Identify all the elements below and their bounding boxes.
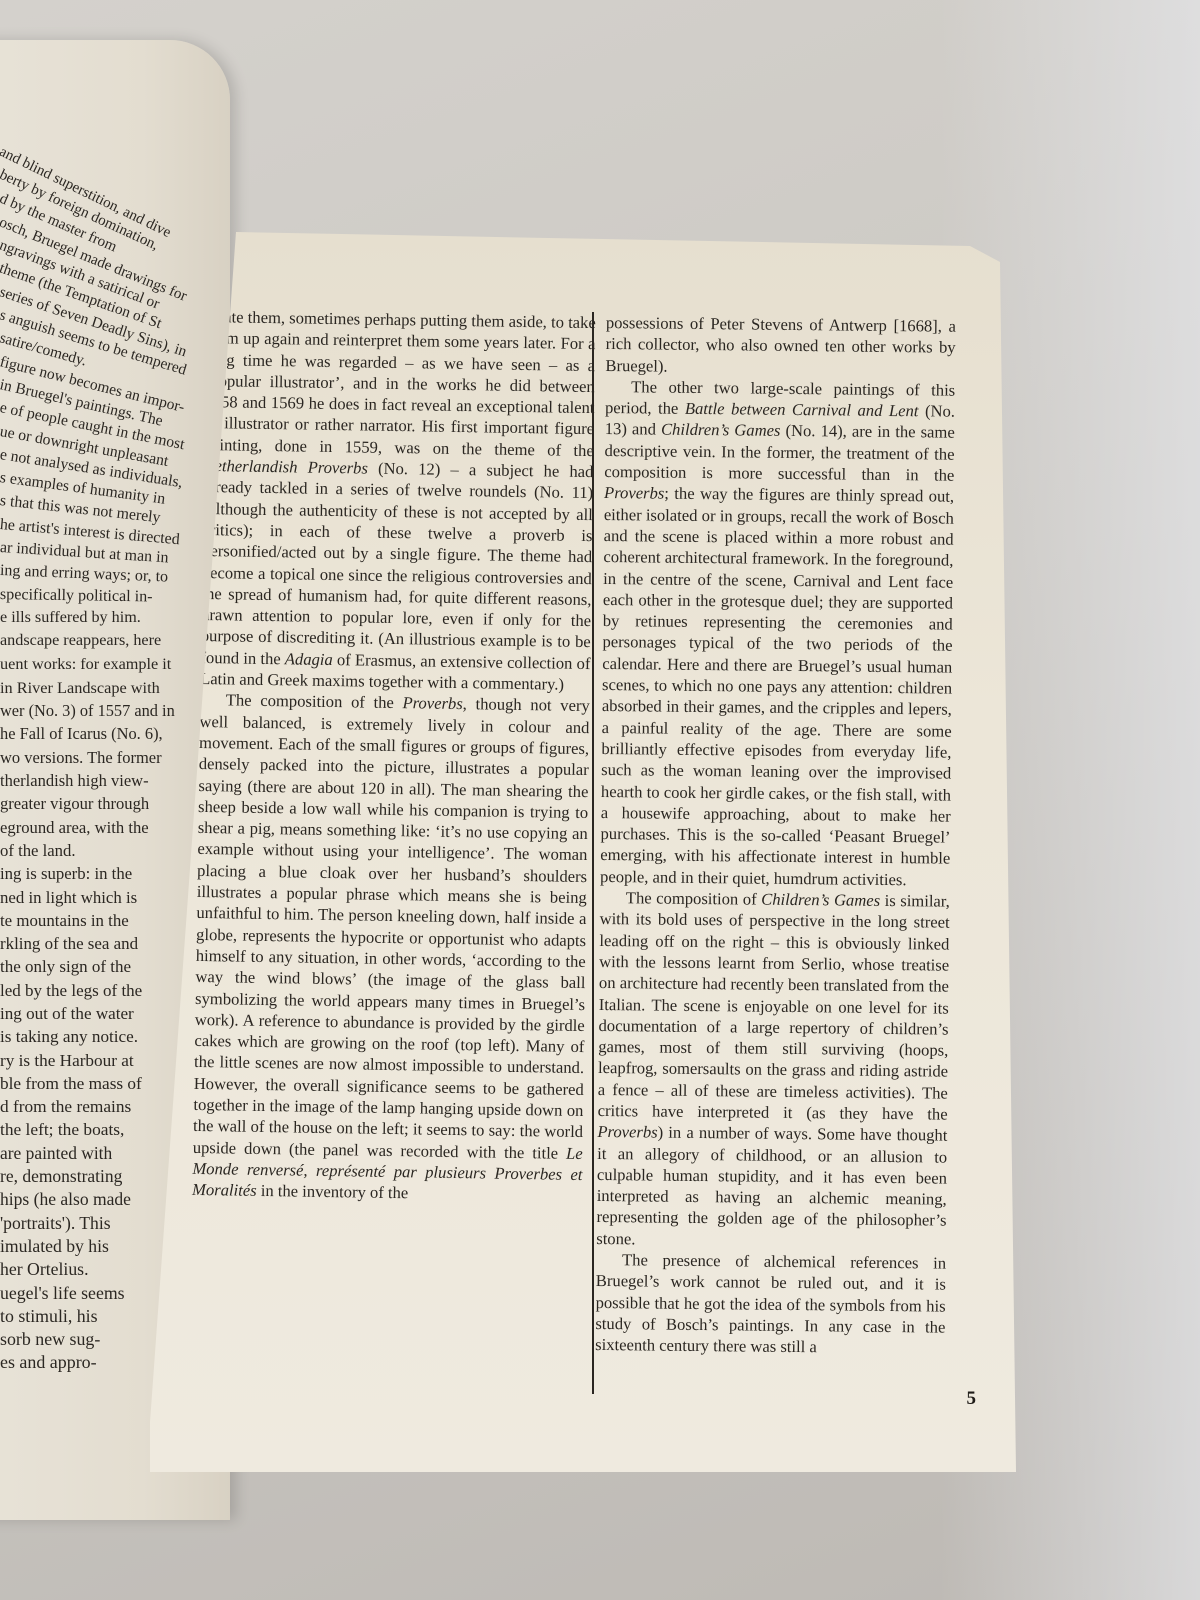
italic-title: Children’s Games — [761, 890, 880, 910]
right-column-text: possessions of Peter Stevens of Antwerp … — [595, 312, 956, 1359]
left-page-line: e ills suffered by him. — [0, 606, 230, 629]
italic-title: Adagia — [285, 649, 333, 669]
paragraph: The other two large-scale paintings of t… — [600, 376, 955, 891]
text-run: in the inventory of the — [256, 1181, 408, 1202]
left-page-line: andscape reappears, here — [0, 629, 230, 652]
italic-title: Proverbs — [402, 693, 463, 713]
italic-title: Children’s Games — [661, 420, 781, 440]
right-page: priate them, sometimes perhaps putting t… — [150, 232, 1016, 1472]
text-run: (No. 12) – a subject he had already tack… — [200, 459, 593, 668]
paragraph: possessions of Peter Stevens of Antwerp … — [605, 312, 956, 380]
left-page-line: therlandish high view- — [0, 769, 230, 792]
text-run: The presence of alchemical references in… — [595, 1250, 946, 1356]
left-page-line: wer (No. 3) of 1557 and in — [0, 699, 230, 722]
paragraph: priate them, sometimes perhaps putting t… — [200, 306, 596, 695]
paragraph: The presence of alchemical references in… — [595, 1249, 946, 1359]
text-run: is similar, with its bold uses of perspe… — [598, 891, 950, 1124]
italic-title: Netherlandish Proverbs — [203, 456, 368, 478]
left-page-line: he Fall of Icarus (No. 6), — [0, 722, 230, 745]
text-run: ; the way the figures are thinly spread … — [600, 484, 954, 889]
left-column-text: priate them, sometimes perhaps putting t… — [192, 306, 596, 1206]
paragraph: The composition of the Proverbs, though … — [192, 689, 590, 1206]
paragraph: The composition of Children’s Games is s… — [596, 887, 950, 1253]
left-page-line: wo versions. The former — [0, 746, 230, 769]
italic-title: Battle between Carnival and Lent — [685, 399, 919, 420]
text-run: The composition of the — [226, 691, 403, 713]
text-run: possessions of Peter Stevens of Antwerp … — [605, 313, 956, 375]
left-page-line: uent works: for example it — [0, 653, 230, 676]
text-run: , though not very well balanced, is extr… — [193, 694, 590, 1162]
italic-title: Proverbs — [597, 1122, 657, 1142]
italic-title: Proverbs — [604, 483, 664, 503]
text-run: The composition of — [626, 888, 762, 908]
column-divider — [592, 312, 594, 1394]
left-page-line: in River Landscape with — [0, 676, 230, 699]
text-run: priate them, sometimes perhaps putting t… — [204, 307, 596, 460]
page-number: 5 — [967, 1388, 977, 1410]
